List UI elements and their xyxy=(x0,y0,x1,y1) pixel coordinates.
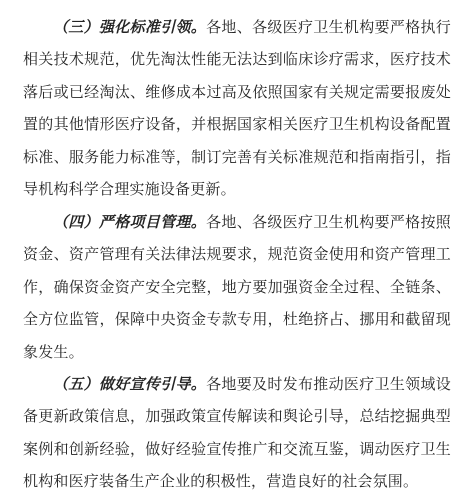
section-5-body: 各地要及时发布推动医疗卫生领域设备更新政策信息，加强政策宣传解读和舆论引导，总结… xyxy=(23,377,451,490)
document-page: （三）强化标准引领。各地、各级医疗卫生机构要严格执行相关技术规范，优先淘汰性能无… xyxy=(0,0,475,501)
section-3-body: 各地、各级医疗卫生机构要严格执行相关技术规范，优先淘汰性能无法达到临床诊疗需求，… xyxy=(23,20,451,198)
paragraph-section-5: （五）做好宣传引导。各地要及时发布推动医疗卫生领域设备更新政策信息，加强政策宣传… xyxy=(23,369,451,499)
paragraph-section-3: （三）强化标准引领。各地、各级医疗卫生机构要严格执行相关技术规范，优先淘汰性能无… xyxy=(23,12,451,207)
section-4-body: 各地、各级医疗卫生机构要严格按照资金、资产管理有关法律法规要求，规范资金使用和资… xyxy=(23,215,451,361)
section-3-heading: （三）强化标准引领。 xyxy=(53,20,206,36)
paragraph-section-4: （四）严格项目管理。各地、各级医疗卫生机构要严格按照资金、资产管理有关法律法规要… xyxy=(23,207,451,369)
section-4-heading: （四）严格项目管理。 xyxy=(53,215,206,231)
section-5-heading: （五）做好宣传引导。 xyxy=(53,377,206,393)
